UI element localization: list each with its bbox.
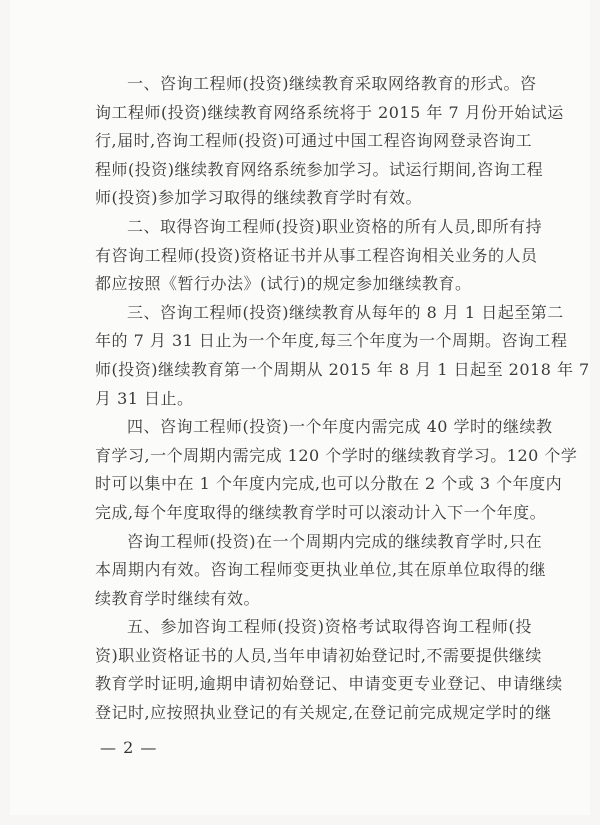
text-line: 行,届时,咨询工程师(投资)可通过中国工程咨询网登录咨询工 <box>95 127 532 156</box>
text-line: 有咨询工程师(投资)资格证书并从事工程咨询相关业务的人员 <box>95 242 532 271</box>
text-line: 四、咨询工程师(投资)一个年度内需完成 40 学时的继续教 <box>95 413 532 442</box>
text-line: 五、参加咨询工程师(投资)资格考试取得咨询工程师(投 <box>95 613 532 642</box>
text-line: 询工程师(投资)继续教育网络系统将于 2015 年 7 月份开始试运 <box>95 99 532 128</box>
text-line: 都应按照《暂行办法》(试行)的规定参加继续教育。 <box>95 270 532 299</box>
text-line: 登记时,应按照执业登记的有关规定,在登记前完成规定学时的继 <box>95 699 532 728</box>
text-line: 年的 7 月 31 日止为一个年度,每三个年度为一个周期。咨询工程 <box>95 327 532 356</box>
text-line: 资)职业资格证书的人员,当年申请初始登记时,不需要提供继续 <box>95 642 532 671</box>
text-line: 教育学时证明,逾期申请初始登记、申请变更专业登记、申请继续 <box>95 670 532 699</box>
text-line: 程师(投资)继续教育网络系统参加学习。试运行期间,咨询工程 <box>95 156 532 185</box>
text-line: 一、咨询工程师(投资)继续教育采取网络教育的形式。咨 <box>95 70 532 99</box>
text-line: 时可以集中在 1 个年度内完成,也可以分散在 2 个或 3 个年度内 <box>95 470 532 499</box>
text-line: 续教育学时继续有效。 <box>95 585 532 614</box>
text-line: 师(投资)继续教育第一个周期从 2015 年 8 月 1 日起至 2018 年 … <box>95 356 532 385</box>
text-line: 二、取得咨询工程师(投资)职业资格的所有人员,即所有持 <box>95 213 532 242</box>
page-number: — 2 — <box>100 738 157 757</box>
document-body: 一、咨询工程师(投资)继续教育采取网络教育的形式。咨询工程师(投资)继续教育网络… <box>95 70 532 728</box>
text-line: 师(投资)参加学习取得的继续教育学时有效。 <box>95 184 532 213</box>
text-line: 完成,每个年度取得的继续教育学时可以滚动计入下一个年度。 <box>95 499 532 528</box>
text-line: 本周期内有效。咨询工程师变更执业单位,其在原单位取得的继 <box>95 556 532 585</box>
text-line: 月 31 日止。 <box>95 385 532 414</box>
text-line: 咨询工程师(投资)在一个周期内完成的继续教育学时,只在 <box>95 528 532 557</box>
text-line: 三、咨询工程师(投资)继续教育从每年的 8 月 1 日起至第二 <box>95 299 532 328</box>
text-line: 育学习,一个周期内需完成 120 个学时的继续教育学习。120 个学 <box>95 442 532 471</box>
document-page: 一、咨询工程师(投资)继续教育采取网络教育的形式。咨询工程师(投资)继续教育网络… <box>10 0 590 815</box>
